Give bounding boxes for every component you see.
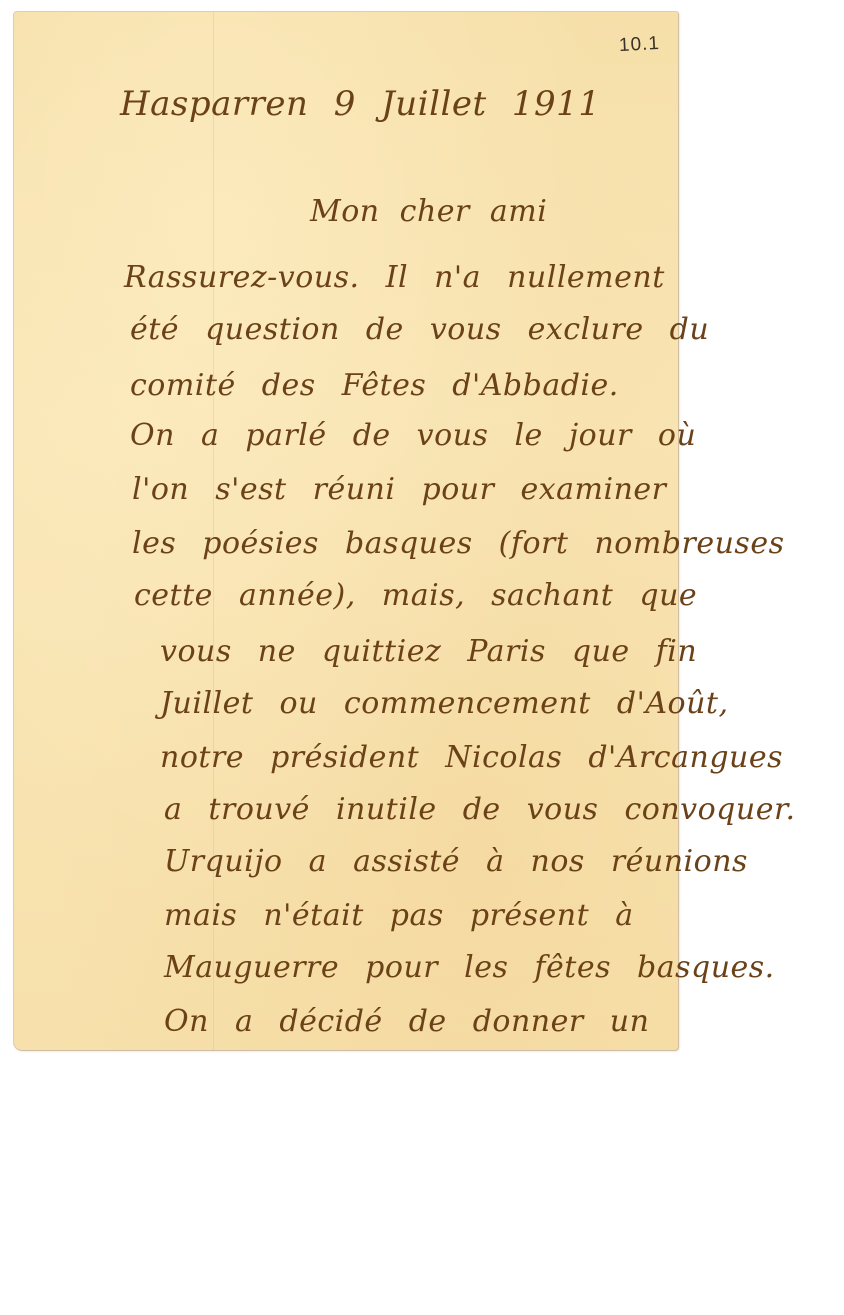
body-line: a trouvé inutile de vous convoquer. — [164, 792, 796, 827]
folio-number: 10.1 — [618, 33, 660, 57]
body-line: Juillet ou commencement d'Août, — [160, 686, 729, 721]
dateline: Hasparren 9 Juillet 1911 — [120, 84, 600, 124]
scan-page: 10.1 Hasparren 9 Juillet 1911 Mon cher a… — [0, 0, 844, 1315]
body-line: Mauguerre pour les fêtes basques. — [164, 950, 775, 985]
body-line: Urquijo a assisté à nos réunions — [164, 844, 748, 879]
body-line: comité des Fêtes d'Abbadie. — [130, 368, 619, 403]
body-line: notre président Nicolas d'Arcangues — [160, 740, 783, 775]
body-line: On a décidé de donner un — [164, 1004, 649, 1039]
body-line: On a parlé de vous le jour où — [130, 418, 696, 453]
body-line: mais n'était pas présent à — [164, 898, 634, 933]
body-line: les poésies basques (fort nombreuses — [132, 526, 784, 561]
body-line: cette année), mais, sachant que — [134, 578, 697, 613]
body-line: l'on s'est réuni pour examiner — [132, 472, 667, 507]
body-line: Rassurez-vous. Il n'a nullement — [124, 260, 665, 295]
letter-sheet: 10.1 Hasparren 9 Juillet 1911 Mon cher a… — [14, 12, 678, 1050]
body-line: vous ne quittiez Paris que fin — [160, 634, 697, 669]
body-line: été question de vous exclure du — [130, 312, 709, 347]
salutation: Mon cher ami — [310, 194, 547, 229]
